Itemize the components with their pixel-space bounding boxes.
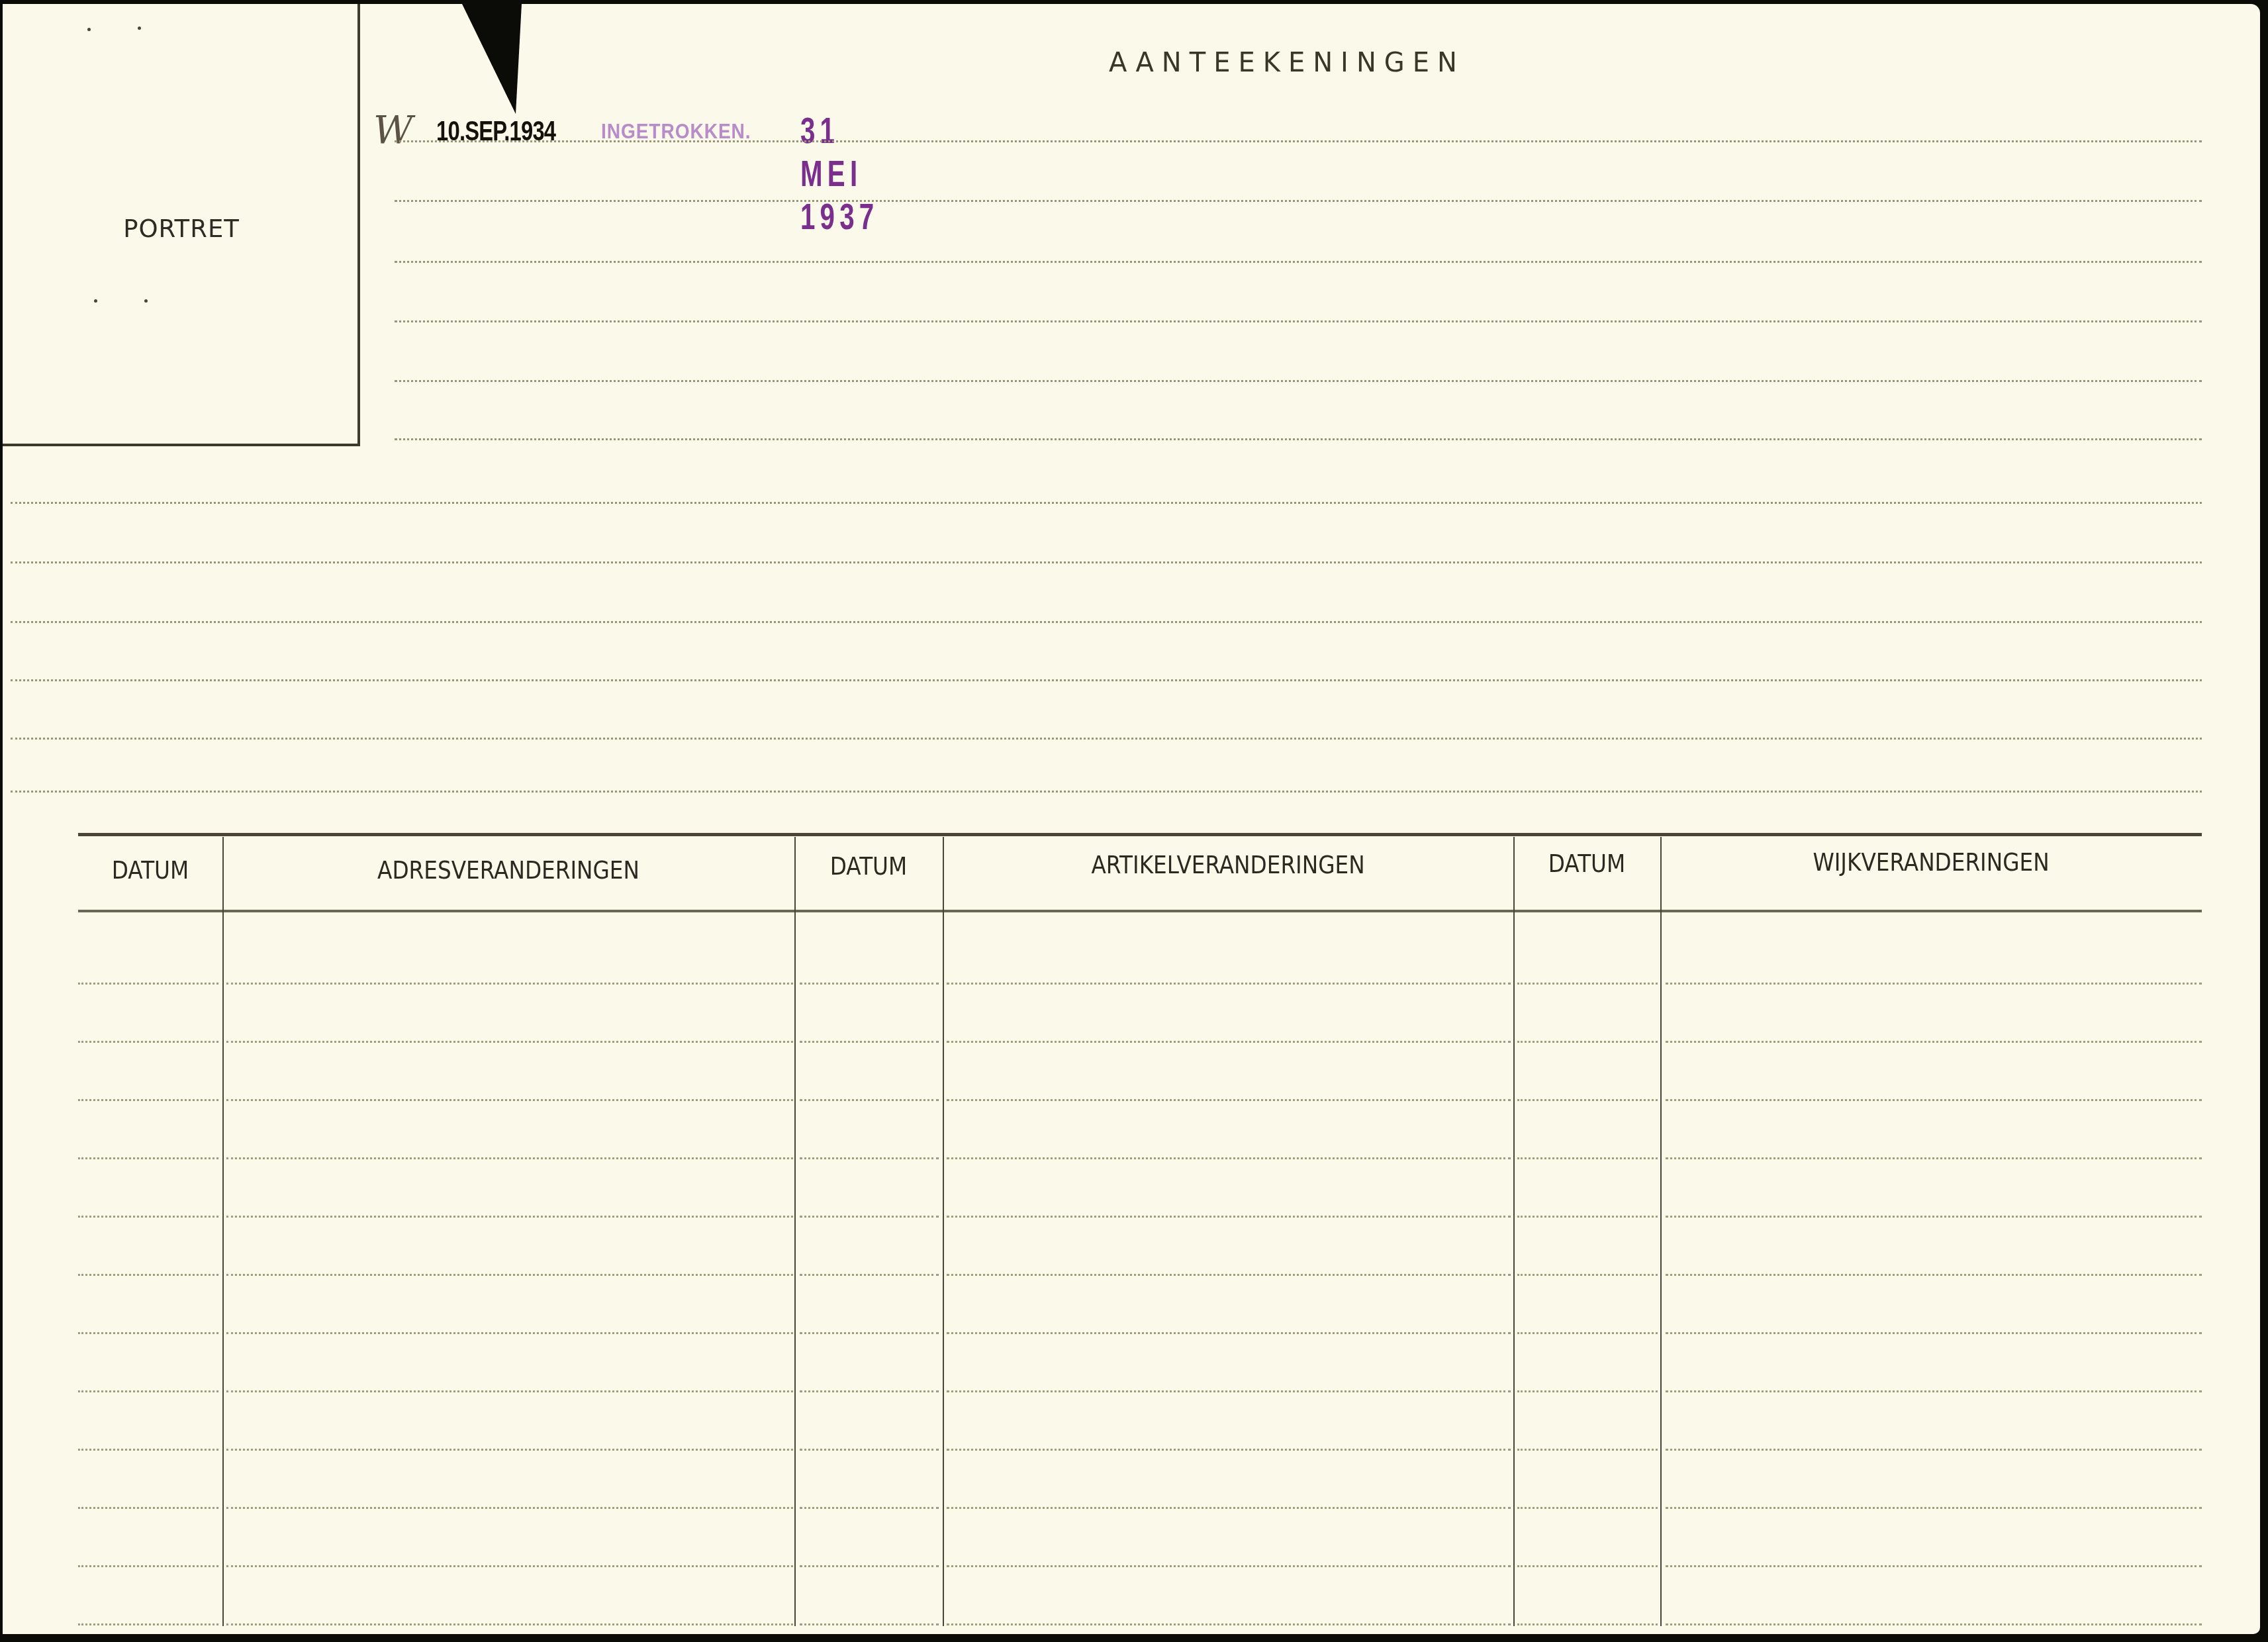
table-row-line[interactable] xyxy=(1517,1449,1658,1451)
column-divider xyxy=(222,837,224,1626)
table-row-line[interactable] xyxy=(1666,1332,2202,1334)
table-row-line[interactable] xyxy=(78,1507,218,1509)
speck xyxy=(138,26,141,30)
withdrawn-date-stamp: 31 MEI 1937 xyxy=(800,109,878,238)
table-top-rule xyxy=(78,833,2202,836)
table-row-line[interactable] xyxy=(78,1216,218,1218)
table-row-line[interactable] xyxy=(226,1157,793,1159)
portrait-box: PORTRET xyxy=(3,4,360,446)
table-row-line[interactable] xyxy=(1666,1099,2202,1101)
table-row-line[interactable] xyxy=(78,1390,218,1392)
column-divider xyxy=(1660,837,1662,1626)
table-row-line[interactable] xyxy=(1517,1099,1658,1101)
table-row-line[interactable] xyxy=(226,1390,793,1392)
table-row-line[interactable] xyxy=(947,1332,1511,1334)
table-row-line[interactable] xyxy=(78,983,218,985)
table-row-line[interactable] xyxy=(226,1332,793,1334)
table-row-line[interactable] xyxy=(226,1623,793,1625)
table-row-line[interactable] xyxy=(800,1216,939,1218)
table-row-line[interactable] xyxy=(800,983,939,985)
notes-line[interactable] xyxy=(11,679,2202,681)
table-row-line[interactable] xyxy=(947,1390,1511,1392)
table-row-line[interactable] xyxy=(226,1565,793,1567)
table-row-line[interactable] xyxy=(1666,1216,2202,1218)
table-row-line[interactable] xyxy=(226,983,793,985)
table-row-line[interactable] xyxy=(800,1099,939,1101)
table-row-line[interactable] xyxy=(947,1041,1511,1043)
table-row-line[interactable] xyxy=(947,1099,1511,1101)
notes-line[interactable] xyxy=(11,791,2202,793)
notes-line[interactable] xyxy=(11,738,2202,740)
table-row-line[interactable] xyxy=(1666,1157,2202,1159)
speck xyxy=(144,299,148,303)
notes-line[interactable] xyxy=(11,621,2202,623)
table-header-rule xyxy=(78,910,2202,912)
column-divider xyxy=(1513,837,1515,1626)
table-row-line[interactable] xyxy=(947,1157,1511,1159)
table-row-line[interactable] xyxy=(1517,1332,1658,1334)
table-row-line[interactable] xyxy=(1517,1507,1658,1509)
table-row-line[interactable] xyxy=(78,1623,218,1625)
table-row-line[interactable] xyxy=(1666,1041,2202,1043)
table-row-line[interactable] xyxy=(947,1274,1511,1276)
table-row-line[interactable] xyxy=(800,1332,939,1334)
changes-table: DATUM ADRESVERANDERINGEN DATUM ARTIKELVE… xyxy=(78,833,2202,1626)
table-row-line[interactable] xyxy=(226,1041,793,1043)
table-row-line[interactable] xyxy=(78,1274,218,1276)
column-header-datum-2: DATUM xyxy=(805,851,933,891)
table-row-line[interactable] xyxy=(947,1449,1511,1451)
table-row-line[interactable] xyxy=(947,1507,1511,1509)
table-row-line[interactable] xyxy=(800,1565,939,1567)
table-row-line[interactable] xyxy=(947,983,1511,985)
notes-line[interactable] xyxy=(11,561,2202,563)
table-row-line[interactable] xyxy=(78,1157,218,1159)
table-row-line[interactable] xyxy=(78,1332,218,1334)
table-row-line[interactable] xyxy=(1666,1449,2202,1451)
table-row-line[interactable] xyxy=(1517,983,1658,985)
table-row-line[interactable] xyxy=(800,1390,939,1392)
table-row-line[interactable] xyxy=(800,1507,939,1509)
table-row-line[interactable] xyxy=(78,1099,218,1101)
notes-line[interactable] xyxy=(11,502,2202,504)
speck xyxy=(87,28,91,31)
table-row-line[interactable] xyxy=(78,1565,218,1567)
handwritten-mark: W xyxy=(373,107,413,152)
table-row-line[interactable] xyxy=(800,1449,939,1451)
table-row-line[interactable] xyxy=(1517,1216,1658,1218)
table-row-line[interactable] xyxy=(226,1216,793,1218)
table-row-line[interactable] xyxy=(1666,1507,2202,1509)
portrait-label: PORTRET xyxy=(3,215,360,243)
column-header-wijkveranderingen: WIJKVERANDERINGEN xyxy=(1698,847,2163,887)
notes-line[interactable] xyxy=(395,261,2202,263)
table-row-line[interactable] xyxy=(947,1216,1511,1218)
table-row-line[interactable] xyxy=(800,1274,939,1276)
table-row-line[interactable] xyxy=(1517,1157,1658,1159)
table-row-line[interactable] xyxy=(226,1507,793,1509)
table-row-line[interactable] xyxy=(1517,1390,1658,1392)
table-row-line[interactable] xyxy=(1666,1623,2202,1625)
speck xyxy=(94,299,97,303)
notes-line[interactable] xyxy=(395,438,2202,440)
column-header-datum-1: DATUM xyxy=(88,855,212,895)
table-row-line[interactable] xyxy=(226,1274,793,1276)
notes-line[interactable] xyxy=(395,380,2202,382)
table-row-line[interactable] xyxy=(800,1623,939,1625)
table-row-line[interactable] xyxy=(226,1099,793,1101)
column-header-adresveranderingen: ADRESVERANDERINGEN xyxy=(262,855,754,895)
table-row-line[interactable] xyxy=(1517,1274,1658,1276)
table-row-line[interactable] xyxy=(947,1623,1511,1625)
table-row-line[interactable] xyxy=(1517,1565,1658,1567)
table-row-line[interactable] xyxy=(1666,1565,2202,1567)
notes-line[interactable] xyxy=(395,200,2202,202)
table-row-line[interactable] xyxy=(947,1565,1511,1567)
notes-line[interactable] xyxy=(395,320,2202,322)
table-row-line[interactable] xyxy=(226,1449,793,1451)
table-row-line[interactable] xyxy=(78,1449,218,1451)
column-header-datum-3: DATUM xyxy=(1524,849,1650,889)
table-row-line[interactable] xyxy=(1517,1623,1658,1625)
column-header-artikelveranderingen: ARTIKELVERANDERINGEN xyxy=(982,850,1473,890)
table-row-line[interactable] xyxy=(800,1041,939,1043)
table-row-line[interactable] xyxy=(1666,1390,2202,1392)
table-row-line[interactable] xyxy=(1666,983,2202,985)
card-index-notch xyxy=(462,4,522,114)
registration-card: PORTRET AANTEEKENINGEN W 10.SEP.1934 ING… xyxy=(3,4,2260,1634)
notes-line[interactable] xyxy=(395,140,2202,142)
table-row-line[interactable] xyxy=(1517,1041,1658,1043)
column-divider xyxy=(943,837,944,1626)
table-row-line[interactable] xyxy=(800,1157,939,1159)
notes-heading: AANTEEKENINGEN xyxy=(989,48,1585,78)
table-row-line[interactable] xyxy=(78,1041,218,1043)
column-divider xyxy=(794,837,796,1626)
table-row-line[interactable] xyxy=(1666,1274,2202,1276)
